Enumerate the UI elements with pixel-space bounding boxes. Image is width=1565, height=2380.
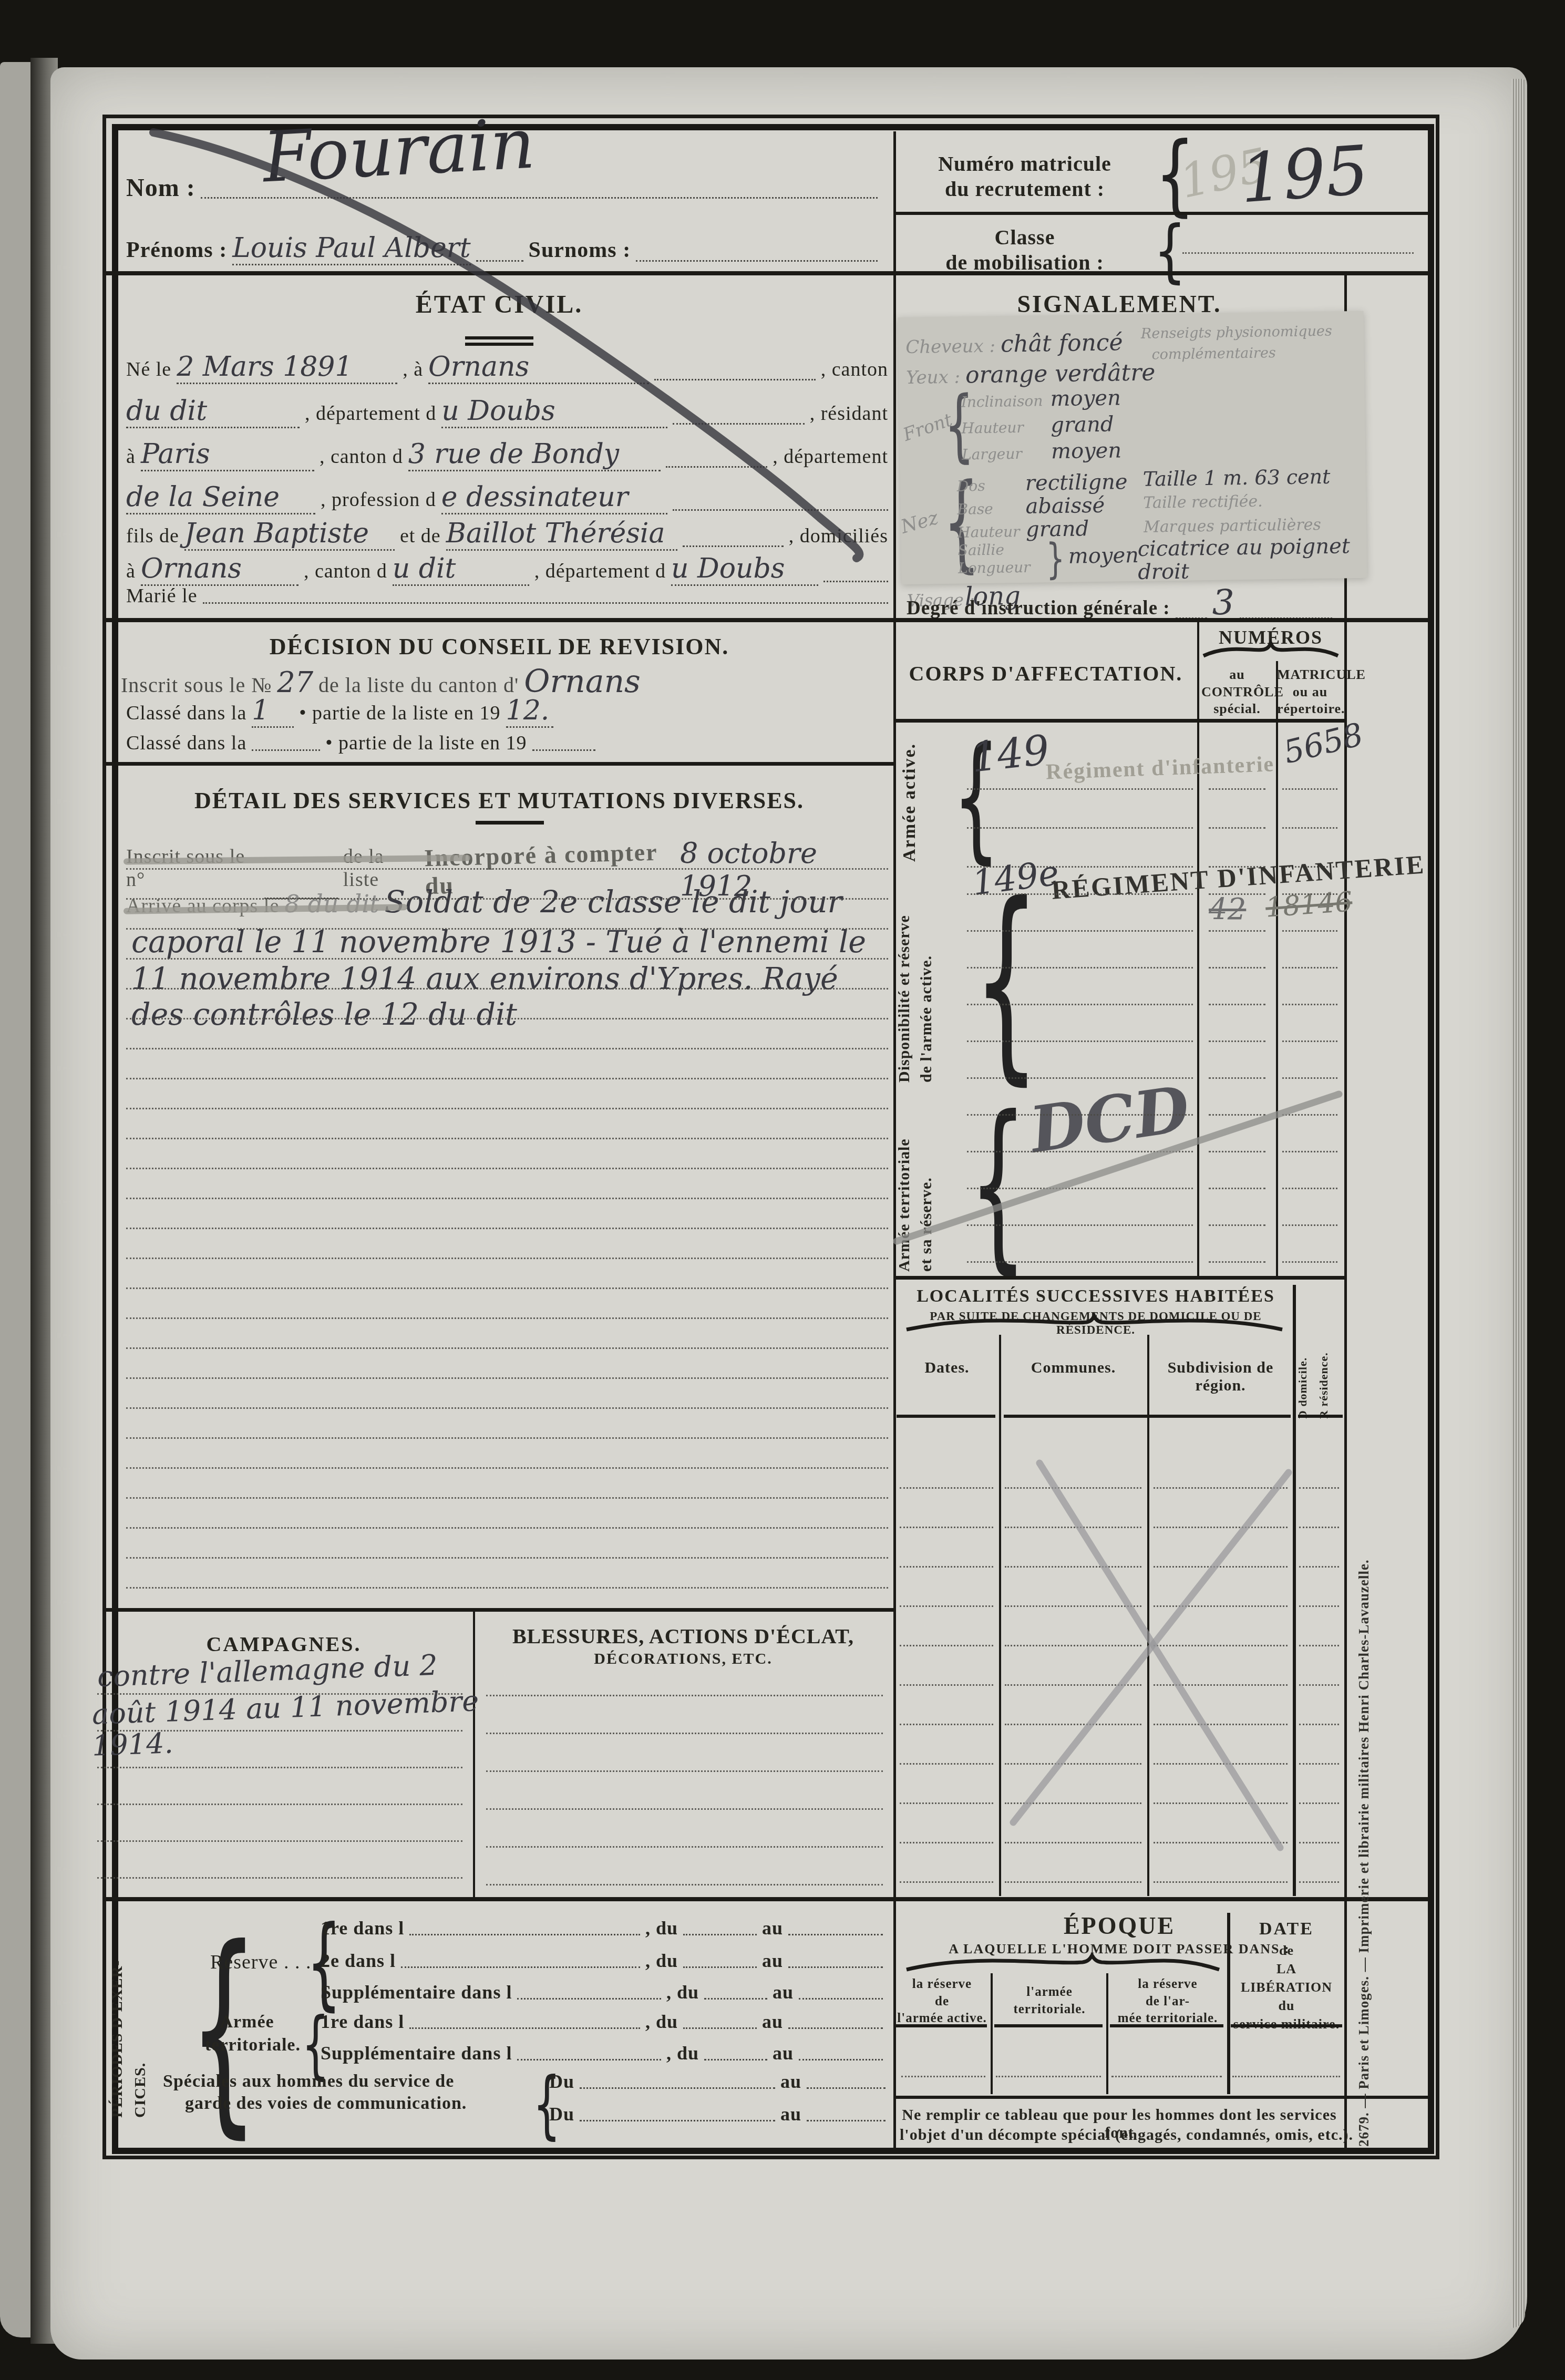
du-label: , du xyxy=(645,1917,678,1939)
divider xyxy=(106,618,1428,622)
blessures-title2: DÉCORATIONS, ETC. xyxy=(483,1650,883,1668)
ruled xyxy=(788,2027,883,2029)
ruled-line xyxy=(486,1733,883,1734)
title-underline xyxy=(465,343,533,346)
classe2-mid-label: • partie de la liste en 19 xyxy=(325,731,527,755)
ruled-line xyxy=(1299,1842,1339,1843)
matricule-line1: MATRICULE xyxy=(1277,666,1343,684)
ruled-line xyxy=(1282,1040,1337,1042)
front-largeur-row: Largeur moyen xyxy=(962,438,1183,465)
front-hauteur-row: Hauteur grand xyxy=(961,411,1182,439)
g2-controle: 42 xyxy=(1209,892,1246,926)
ruled-line xyxy=(126,958,888,960)
ruled-line xyxy=(967,1114,1193,1116)
ruled xyxy=(580,2120,775,2121)
ruled-line xyxy=(1209,1040,1265,1042)
page-edge-stack xyxy=(1511,79,1525,2328)
ruled-line xyxy=(1299,1605,1339,1607)
ruled-line xyxy=(97,1730,462,1732)
ruled-line xyxy=(1154,1842,1288,1843)
epoque-header-line xyxy=(994,2024,1103,2027)
ruled-line xyxy=(900,1763,993,1765)
ruled-line xyxy=(1005,1763,1141,1765)
territoriale-label: Armée territoriale. xyxy=(205,2011,289,2057)
ruled xyxy=(683,1966,757,1968)
departement-residence: de la Seine xyxy=(126,481,315,514)
etat-civil-row-6: à Ornans , canton d u dit , département … xyxy=(126,553,888,586)
ruled-gap xyxy=(476,260,523,262)
matricule-line3: répertoire. xyxy=(1277,700,1343,718)
ruled-line xyxy=(486,1695,883,1696)
ruled-line xyxy=(1232,2076,1340,2077)
nez-hauteur-label: Hauteur xyxy=(957,523,1021,541)
ruled-line xyxy=(126,1407,888,1409)
ruled xyxy=(788,1934,883,1935)
front-largeur-value: moyen xyxy=(1051,438,1122,463)
ne-le-label: Né le xyxy=(126,358,171,381)
epoque-col3-header: la réserve de l'ar- mée territoriale. xyxy=(1110,1976,1226,2027)
ruled-line xyxy=(486,1846,883,1848)
domicile: Ornans xyxy=(141,553,298,586)
du-label: , du xyxy=(645,1950,678,1972)
speciales-line2: garde des voies de communication. xyxy=(185,2094,467,2114)
ruled-line xyxy=(900,1605,993,1607)
matricule-line2: ou au xyxy=(1277,684,1343,701)
col-subdivision: Subdivision de région. xyxy=(1151,1359,1290,1395)
a-label: à xyxy=(126,560,136,583)
ruled-line xyxy=(1282,1114,1337,1116)
ruled-line xyxy=(967,893,1193,895)
ruled-line xyxy=(1154,1724,1288,1725)
speciales-row2: Du au xyxy=(549,2103,886,2125)
date-naissance: 2 Mars 1891 xyxy=(177,351,397,384)
ruled xyxy=(673,423,804,425)
marques-line2: droit xyxy=(1138,560,1189,584)
profession-label: , profession d xyxy=(321,488,436,511)
localites-col-line xyxy=(1147,1335,1149,1896)
decision-title: DÉCISION DU CONSEIL DE REVISION. xyxy=(158,633,841,660)
nom-label: Nom : xyxy=(126,173,195,202)
adjacent-page-edge xyxy=(0,62,33,2337)
ruled-line xyxy=(97,1693,462,1695)
inscrit-mid-label: de la liste du canton d' xyxy=(318,673,519,697)
et-de-label: et de xyxy=(400,524,441,548)
a-label: , à xyxy=(403,358,423,381)
ruled-line xyxy=(1282,967,1337,969)
ruled-line xyxy=(1005,1802,1141,1804)
ruled-line xyxy=(1005,1684,1141,1686)
ruled-line xyxy=(1154,1802,1288,1804)
taille-rectifiee: Taille rectifiée. xyxy=(1143,492,1263,512)
ruled-line xyxy=(1282,1151,1337,1152)
title-underline xyxy=(476,821,544,825)
divider xyxy=(106,1897,1428,1901)
matricule-label-line1: Numéro matricule xyxy=(909,151,1140,177)
ruled-line xyxy=(1299,1527,1339,1528)
ruled-line xyxy=(1282,1077,1337,1079)
etat-civil-title: ÉTAT CIVIL. xyxy=(315,290,683,319)
ruled-line xyxy=(1154,1487,1288,1489)
territoriale-line2: territoriale. xyxy=(205,2034,289,2057)
departement-label: , département xyxy=(773,445,888,468)
epoque-col-line xyxy=(991,1973,993,2094)
ruled-line xyxy=(1154,1881,1288,1883)
title-underline xyxy=(465,336,533,339)
printer-imprint: 2679. — Paris et Limoges. — Imprimerie e… xyxy=(1356,1285,1372,2147)
ruled-line xyxy=(1154,1605,1288,1607)
localites-header-line xyxy=(1004,1415,1291,1418)
front-hauteur-label: Hauteur xyxy=(961,418,1045,437)
services-arrive-row: Arrivé au corps le 8 du dit Soldat de 2e… xyxy=(126,884,883,920)
matricule-number: 195 xyxy=(1238,131,1371,219)
canton-label: , canton d xyxy=(304,560,387,583)
ruled-line xyxy=(900,1645,993,1646)
ruled-line xyxy=(1154,1527,1288,1528)
etat-civil-row-5: fils de Jean Baptiste et de Baillot Thér… xyxy=(126,518,888,551)
ruled-line xyxy=(1282,827,1337,829)
nez-saillie-longueur-value: moyen xyxy=(1068,543,1139,569)
decision-classe1-row: Classé dans la 1 • partie de la liste en… xyxy=(126,695,757,728)
ruled xyxy=(580,2087,775,2089)
au-label: au xyxy=(762,1917,783,1939)
ruled-line xyxy=(900,1684,993,1686)
departement-label: , département d xyxy=(305,402,436,425)
localites-header-line xyxy=(897,1415,995,1418)
ruled-line xyxy=(1282,1261,1337,1263)
ruled-line xyxy=(126,1258,888,1259)
services-ligne1: Soldat de 2e classe le dit jour xyxy=(385,884,842,920)
arrive-date: 8 du dit xyxy=(284,890,379,918)
groupe3-brace: { xyxy=(969,1092,1027,1276)
front-hauteur-value: grand xyxy=(1051,412,1114,437)
ruled-line xyxy=(1154,1684,1288,1686)
classe-label: Classe de mobilisation : xyxy=(909,225,1140,275)
ruled-line xyxy=(967,1261,1193,1263)
nez-dos-value: rectiligne xyxy=(1025,470,1128,496)
ruled-line xyxy=(1282,1224,1337,1226)
reserve-row3: Supplémentaire dans l , du au xyxy=(321,1981,883,2003)
classe-ruled-line xyxy=(1182,252,1414,254)
classe1-partie: 1 xyxy=(252,695,294,728)
ruled-line xyxy=(126,1168,888,1169)
ruled-line xyxy=(967,788,1193,790)
nom-handwritten: Fourain xyxy=(261,104,537,199)
ruled-line xyxy=(126,1228,888,1229)
etat-civil-row-2: du dit , département d u Doubs , résidan… xyxy=(126,395,888,428)
periodes-label-line1: PÉRIODES D'EXER- xyxy=(108,1944,126,2118)
ruled-line xyxy=(900,1724,993,1725)
ruled-line xyxy=(1005,1842,1141,1843)
territoriale-row1: 1re dans l , du au xyxy=(321,2011,883,2033)
ruled xyxy=(532,749,595,751)
reserve-row1: 1re dans l , du au xyxy=(321,1917,883,1939)
ruled xyxy=(409,2027,640,2029)
ruled xyxy=(683,2027,757,2029)
groupe3-label-line1: Armée territoriale xyxy=(895,1098,913,1272)
pasted-description-slip: Cheveux : chât foncé Yeux : orange verdâ… xyxy=(898,311,1367,584)
degre-label: Degré d'instruction générale : xyxy=(907,597,1170,620)
epoque-date-header: DATE de LA LIBÉRATION du service militai… xyxy=(1231,1917,1342,2033)
ruled-line xyxy=(1209,1077,1265,1079)
ruled-line xyxy=(486,1770,883,1772)
ruled-line xyxy=(97,1804,462,1805)
ruled-line xyxy=(1209,967,1265,969)
col-communes: Communes. xyxy=(1006,1359,1140,1377)
prenoms-label: Prénoms : xyxy=(126,238,227,263)
degre-row: Degré d'instruction générale : 3 xyxy=(907,582,1332,623)
ruled xyxy=(788,1966,883,1968)
epoque-header-line xyxy=(1110,2024,1223,2027)
speciales-row1: Du au xyxy=(549,2070,886,2093)
epoque-header-line xyxy=(896,2024,987,2027)
ruled-line xyxy=(900,1842,993,1843)
epoque-col3-line2: de l'ar- xyxy=(1110,1993,1226,2011)
ruled-line xyxy=(900,1802,993,1804)
canton-label: , canton xyxy=(821,358,888,381)
epoque-col1-line1: la réserve xyxy=(896,1976,988,1993)
marques-line1: cicatrice au poignet xyxy=(1137,534,1350,561)
ruled-line xyxy=(126,1048,888,1049)
ruled-line xyxy=(1209,1188,1265,1189)
controle-header: au CONTRÔLE spécial. xyxy=(1201,666,1273,718)
reserve-label: Réserve . . . . xyxy=(210,1951,322,1974)
ruled-line xyxy=(126,1018,888,1019)
ruled-line xyxy=(967,1151,1193,1152)
canton-domicile: u dit xyxy=(393,553,529,586)
g2-matricule: 18146 xyxy=(1264,886,1353,923)
epoque-col-line xyxy=(1106,1973,1108,2094)
matricule-header: MATRICULE ou au répertoire. xyxy=(1277,666,1343,718)
services-ligne4: des contrôles le 12 du dit xyxy=(131,997,517,1032)
ruled-line xyxy=(1005,1566,1141,1568)
departement-domicile: u Doubs xyxy=(671,553,818,586)
ruled-line xyxy=(126,1377,888,1379)
matricule-label-line2: du recrutement : xyxy=(909,177,1140,202)
classe1-mid-label: • partie de la liste en 19 xyxy=(299,702,500,725)
ruled-line xyxy=(1299,1881,1339,1883)
groupe2-brace: { xyxy=(973,877,1040,1087)
prenoms-row: Prénoms : Louis Paul Albert Surnoms : xyxy=(126,232,878,265)
au-label: au xyxy=(780,2103,801,2125)
epoque-col-line xyxy=(1227,1913,1230,2094)
ruled-line xyxy=(126,1557,888,1559)
domicilies-label: , domiciliés xyxy=(789,524,888,548)
yeux-value: orange verdâtre xyxy=(965,359,1156,388)
lieu-naissance: Ornans xyxy=(428,351,649,384)
ruled-line xyxy=(126,928,888,930)
scanned-military-register-page: Nom : Fourain Prénoms : Louis Paul Alber… xyxy=(0,0,1565,2380)
au-label: au xyxy=(773,2042,794,2064)
marie-le-label: Marié le xyxy=(126,584,198,607)
ruled-line xyxy=(1282,893,1337,895)
ruled-line xyxy=(1005,1527,1141,1528)
localites-title1: LOCALITÉS SUCCESSIVES HABITÉES xyxy=(904,1286,1288,1306)
ruled-line xyxy=(126,988,888,990)
divider xyxy=(893,212,1428,215)
divider xyxy=(106,271,1428,275)
epoque-note-line2: l'objet d'un décompte spécial (engagés, … xyxy=(900,2126,1353,2144)
epoque-col2-line1: l'armée xyxy=(994,1984,1105,2001)
ruled xyxy=(704,1998,767,2000)
ruled-line xyxy=(1209,827,1265,829)
taille-value: Taille 1 m. 63 cent xyxy=(1143,465,1331,491)
ruled-line xyxy=(1209,1114,1265,1116)
epoque-title: ÉPOQUE xyxy=(998,1912,1240,1940)
ruled-line xyxy=(1154,1645,1288,1646)
ruled-line xyxy=(1209,1224,1265,1226)
residence: Paris xyxy=(141,438,314,471)
g1-numero: 149 xyxy=(969,726,1052,781)
ruled-line xyxy=(1299,1566,1339,1568)
controle-line3: spécial. xyxy=(1201,700,1273,718)
date-line2: de xyxy=(1231,1941,1342,1960)
ruled xyxy=(807,2087,886,2089)
ruled-line xyxy=(126,1467,888,1469)
epoque-col3-line1: la réserve xyxy=(1110,1976,1226,1993)
territoriale-line1: Armée xyxy=(205,2011,289,2034)
ruled-line xyxy=(126,1138,888,1139)
reserve-row2: 2e dans l , du au xyxy=(321,1950,883,1972)
departement-naissance: u Doubs xyxy=(441,395,667,428)
mere: Baillot Thérésia xyxy=(446,518,677,551)
du-label: , du xyxy=(666,2042,699,2064)
ruled-line xyxy=(901,2076,985,2077)
nez-longueur-label: Longueur xyxy=(958,559,1031,577)
decision-classe2-row: Classé dans la • partie de la liste en 1… xyxy=(126,731,757,755)
date-line3: LA LIBÉRATION xyxy=(1231,1960,1342,1996)
corps-header: CORPS D'AFFECTATION. xyxy=(904,661,1188,686)
localites-header-line xyxy=(1298,1415,1343,1418)
ruled-line xyxy=(967,1004,1193,1005)
date-line1: DATE xyxy=(1231,1917,1342,1941)
ruled xyxy=(517,2059,661,2060)
ruled-line xyxy=(1005,1724,1141,1725)
prenoms-handwritten: Louis Paul Albert xyxy=(232,232,470,265)
ruled-line xyxy=(126,868,888,870)
divider xyxy=(893,1276,1344,1280)
canton-label: , canton d xyxy=(320,445,403,468)
ruled-line xyxy=(1209,1261,1265,1263)
etat-civil-row-3: à Paris , canton d 3 rue de Bondy , dépa… xyxy=(126,438,888,471)
territoriale-t2-label: Supplémentaire dans l xyxy=(321,2042,512,2064)
ruled-line xyxy=(126,1437,888,1439)
ruled-line xyxy=(1209,893,1265,895)
nez-base-label: Base xyxy=(957,500,1020,518)
ruled-line xyxy=(1005,1487,1141,1489)
classe-label-line1: Classe xyxy=(909,225,1140,250)
fils-de-label: fils de xyxy=(126,524,179,548)
canton-naissance: du dit xyxy=(126,395,300,428)
ruled-line xyxy=(97,1767,462,1768)
ruled-line xyxy=(1154,1566,1288,1568)
pere: Jean Baptiste xyxy=(184,518,395,551)
ruled-line xyxy=(126,1078,888,1079)
ruled-line xyxy=(1299,1487,1339,1489)
groupe2-label-line2: de l'armée active. xyxy=(918,872,935,1083)
nez-label: Nez xyxy=(899,507,941,538)
ruled-line xyxy=(996,2076,1101,2077)
blessures-title1: BLESSURES, ACTIONS D'ÉCLAT, xyxy=(483,1624,883,1649)
etat-civil-row-4: de la Seine , profession d e dessinateur xyxy=(126,481,888,514)
localites-col-line xyxy=(1293,1285,1296,1896)
ruled-line xyxy=(967,967,1193,969)
nez-saillie-label: Saillie xyxy=(957,541,1004,559)
ruled xyxy=(799,1998,883,2000)
ruled-line xyxy=(967,930,1193,932)
ruled-line xyxy=(1299,1802,1339,1804)
nom-ruled-line xyxy=(201,197,878,199)
ruled-line xyxy=(900,1566,993,1568)
campagnes-ligne3: 1914. xyxy=(91,1726,174,1762)
ruled-line xyxy=(1005,1881,1141,1883)
ruled-line xyxy=(1154,1763,1288,1765)
ruled-line xyxy=(967,1224,1193,1226)
front-inclinaison-row: Inclinaison moyen xyxy=(961,385,1182,413)
ruled-line xyxy=(97,1877,462,1879)
ruled-line xyxy=(1005,1645,1141,1646)
ruled-line xyxy=(126,1287,888,1289)
epoque-header-line xyxy=(1231,2024,1342,2027)
etat-civil-row-1: Né le 2 Mars 1891 , à Ornans , canton xyxy=(126,351,888,384)
services-ligne3: 11 novembre 1914 aux environs d'Ypres. R… xyxy=(131,962,838,996)
ruled-line xyxy=(486,1808,883,1810)
ruled-line xyxy=(967,1188,1193,1189)
ruled-line xyxy=(900,1527,993,1528)
ruled-line xyxy=(97,1840,462,1842)
ruled-line xyxy=(126,1587,888,1589)
ruled xyxy=(517,1998,661,2000)
reserve-r3-label: Supplémentaire dans l xyxy=(321,1981,512,2003)
ruled-line xyxy=(1299,1645,1339,1646)
saillie-longueur-brace: } xyxy=(1046,538,1065,580)
ruled-line xyxy=(1282,1004,1337,1005)
groupe1-label: Armée active. xyxy=(900,736,920,862)
epoque-col1-header: la réserve de l'armée active. xyxy=(896,1976,988,2027)
ruled-line xyxy=(967,827,1193,829)
ruled-line xyxy=(967,1040,1193,1042)
territoriale-t1-label: 1re dans l xyxy=(321,2011,404,2033)
ruled-line xyxy=(1111,2076,1222,2077)
au-label: au xyxy=(773,1981,794,2003)
ruled xyxy=(799,2059,883,2060)
renseignements-line2: complémentaires xyxy=(1151,345,1276,363)
campagnes-blessures-divider xyxy=(473,1609,475,1898)
controle-line1: au xyxy=(1201,666,1273,684)
du-label: Du xyxy=(549,2103,574,2125)
date-line4: du xyxy=(1231,1996,1342,2015)
profession: e dessinateur xyxy=(441,481,667,514)
numeros-header: NUMÉROS xyxy=(1202,626,1339,648)
au-label: au xyxy=(762,1950,783,1972)
classe1-label: Classé dans la xyxy=(126,702,246,725)
reserve-r1-label: 1re dans l xyxy=(321,1917,404,1939)
degre-value: 3 xyxy=(1212,582,1234,623)
ruled-line xyxy=(126,1527,888,1529)
epoque-col2-line2: territoriale. xyxy=(994,2001,1105,2018)
residant-label: , résidant xyxy=(810,402,888,425)
nez-base-value: abaissé xyxy=(1025,493,1105,519)
classe1-annee: 12. xyxy=(506,695,553,728)
adresse: 3 rue de Bondy xyxy=(408,438,661,471)
ruled xyxy=(807,2120,886,2121)
ruled xyxy=(252,749,320,751)
ruled-line xyxy=(486,1884,883,1886)
surnoms-ruled-line xyxy=(636,260,878,262)
front-inclinaison-value: moyen xyxy=(1050,386,1121,411)
ruled-line xyxy=(1299,1724,1339,1725)
services-title: DÉTAIL DES SERVICES ET MUTATIONS DIVERSE… xyxy=(137,787,862,814)
divider xyxy=(106,1608,893,1612)
